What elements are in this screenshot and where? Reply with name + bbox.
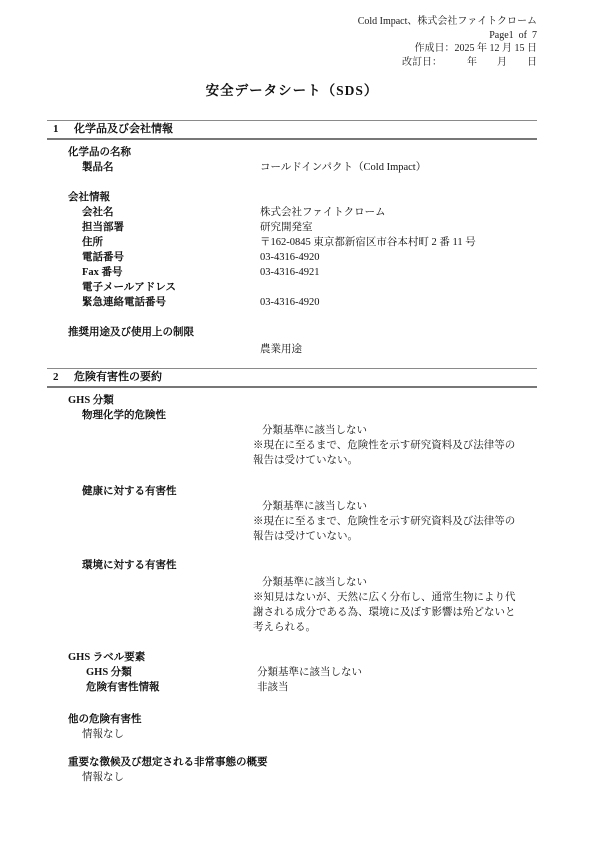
emergency-overview-value: 情報なし bbox=[82, 772, 124, 783]
address-value: 〒162-0845 東京都新宿区市谷本村町 2 番 11 号 bbox=[260, 235, 476, 250]
phone-label: 電話番号 bbox=[82, 252, 124, 263]
fax-row: Fax 番号 03-4316-4921 bbox=[47, 265, 537, 280]
address-row: 住所 〒162-0845 東京都新宿区市谷本村町 2 番 11 号 bbox=[47, 235, 537, 250]
health-hazard-heading: 健康に対する有害性 bbox=[47, 484, 537, 499]
hazard-statement-row: 危険有害性情報 非該当 bbox=[47, 680, 537, 695]
other-hazards-value: 情報なし bbox=[82, 729, 124, 740]
section-2-title: 危険有害性の要約 bbox=[74, 371, 162, 383]
header-page-indicator: Page1 of 7 bbox=[47, 29, 537, 43]
address-label: 住所 bbox=[82, 237, 103, 248]
header-doc-ref: Cold Impact、株式会社ファイトクローム bbox=[47, 15, 537, 29]
ghs-label-classification-row: GHS 分類 分類基準に該当しない bbox=[47, 665, 537, 680]
hazard-statement-label: 危険有害性情報 bbox=[86, 682, 160, 693]
department-label: 担当部署 bbox=[82, 222, 124, 233]
company-name-label: 会社名 bbox=[82, 207, 114, 218]
fax-label: Fax 番号 bbox=[82, 267, 123, 278]
department-row: 担当部署 研究開発室 bbox=[47, 220, 537, 235]
health-hazard-note: ※現在に至るまで、危険性を示す研究資料及び法律等の 報告は受けていない。 bbox=[253, 514, 553, 544]
emergency-phone-label: 緊急連絡電話番号 bbox=[82, 297, 166, 308]
company-name-row: 会社名 株式会社ファイトクローム bbox=[47, 205, 537, 220]
health-hazard-statement: 分類基準に該当しない bbox=[262, 499, 537, 514]
emergency-overview-row: 情報なし bbox=[47, 770, 537, 785]
product-name-row: 製品名 コールドインパクト（Cold Impact） bbox=[47, 160, 537, 175]
physical-hazard-label: 物理化学的危険性 bbox=[82, 410, 166, 421]
ghs-label-elements-heading: GHS ラベル要素 bbox=[47, 650, 537, 665]
phone-value: 03-4316-4920 bbox=[260, 250, 320, 265]
physical-hazard-heading: 物理化学的危険性 bbox=[47, 408, 537, 423]
emergency-phone-row: 緊急連絡電話番号 03-4316-4920 bbox=[47, 295, 537, 310]
section-2-number: 2 bbox=[53, 371, 74, 384]
company-info-heading: 会社情報 bbox=[47, 190, 537, 205]
health-hazard-label: 健康に対する有害性 bbox=[82, 486, 177, 497]
company-name-value: 株式会社ファイトクローム bbox=[260, 205, 386, 220]
recommended-use-label: 推奨用途及び使用上の制限 bbox=[68, 327, 194, 338]
section-1-heading: 1化学品及び会社情報 bbox=[47, 120, 537, 140]
section-2-heading: 2危険有害性の要約 bbox=[47, 368, 537, 388]
company-info-label: 会社情報 bbox=[68, 192, 110, 203]
other-hazards-label: 他の危険有害性 bbox=[68, 714, 142, 725]
emergency-overview-label: 重要な徴候及び想定される非常事態の概要 bbox=[68, 757, 268, 768]
environmental-hazard-note: ※知見はないが、天然に広く分布し、通常生物により代 謝される成分である為、環境に… bbox=[253, 590, 553, 635]
ghs-classification-heading: GHS 分類 bbox=[47, 393, 537, 408]
recommended-use-value: 農業用途 bbox=[260, 342, 302, 357]
product-name-value: コールドインパクト（Cold Impact） bbox=[260, 160, 426, 175]
emergency-overview-heading: 重要な徴候及び想定される非常事態の概要 bbox=[47, 755, 537, 770]
emergency-phone-value: 03-4316-4920 bbox=[260, 295, 320, 310]
recommended-use-row: 農業用途 bbox=[47, 342, 537, 357]
environmental-hazard-heading: 環境に対する有害性 bbox=[47, 558, 537, 573]
ghs-classification-label: GHS 分類 bbox=[68, 395, 114, 406]
chemical-name-heading: 化学品の名称 bbox=[47, 145, 537, 160]
phone-row: 電話番号 03-4316-4920 bbox=[47, 250, 537, 265]
environmental-hazard-label: 環境に対する有害性 bbox=[82, 560, 177, 571]
document-header: Cold Impact、株式会社ファイトクローム Page1 of 7 作成日：… bbox=[47, 0, 537, 69]
ghs-label-classification-value: 分類基準に該当しない bbox=[257, 665, 362, 680]
physical-hazard-note: ※現在に至るまで、危険性を示す研究資料及び法律等の 報告は受けていない。 bbox=[253, 438, 553, 468]
header-revised-date: 改訂日： 年 月 日 bbox=[47, 56, 537, 70]
section-1-number: 1 bbox=[53, 123, 74, 136]
header-created-date: 作成日：2025 年 12 月 15 日 bbox=[47, 42, 537, 56]
physical-hazard-statement: 分類基準に該当しない bbox=[262, 423, 537, 438]
other-hazards-heading: 他の危険有害性 bbox=[47, 712, 537, 727]
environmental-hazard-statement: 分類基準に該当しない bbox=[262, 575, 537, 590]
ghs-label-elements-label: GHS ラベル要素 bbox=[68, 652, 145, 663]
document-title: 安全データシート（SDS） bbox=[47, 79, 537, 99]
product-name-label: 製品名 bbox=[82, 162, 114, 173]
sds-document-page: Cold Impact、株式会社ファイトクローム Page1 of 7 作成日：… bbox=[0, 0, 595, 842]
section-1-title: 化学品及び会社情報 bbox=[74, 123, 173, 135]
department-value: 研究開発室 bbox=[260, 220, 313, 235]
recommended-use-heading: 推奨用途及び使用上の制限 bbox=[47, 325, 537, 340]
hazard-statement-value: 非該当 bbox=[257, 680, 289, 695]
email-label: 電子メールアドレス bbox=[82, 282, 176, 293]
ghs-label-classification-label: GHS 分類 bbox=[86, 667, 132, 678]
chemical-name-label: 化学品の名称 bbox=[68, 147, 131, 158]
email-row: 電子メールアドレス bbox=[47, 280, 537, 295]
fax-value: 03-4316-4921 bbox=[260, 265, 320, 280]
other-hazards-row: 情報なし bbox=[47, 727, 537, 742]
